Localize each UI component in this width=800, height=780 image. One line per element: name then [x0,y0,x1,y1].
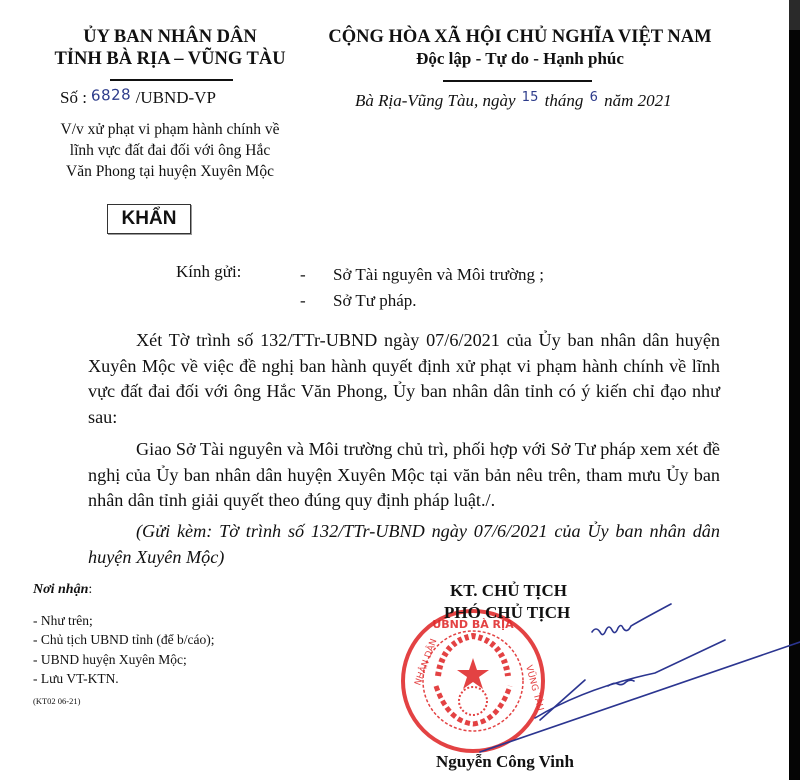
recipient-item: - Chủ tịch UBND tỉnh (để b/cáo); [33,630,214,649]
recipients-title: Nơi nhận: [33,582,92,598]
date-year: năm 2021 [604,91,672,110]
recipients-list: - Như trên; - Chủ tịch UBND tỉnh (để b/c… [33,611,214,688]
date-month-label: tháng [545,91,584,110]
addressee-item: -Sở Tài nguyên và Môi trường ; [300,262,544,288]
subject-line: lĩnh vực đất đai đối với ông Hắc [40,140,300,161]
addressee-label: Kính gửi: [176,262,241,282]
agency-line-2: TỈNH BÀ RỊA – VŨNG TÀU [40,48,300,70]
date-day-handwritten: 15 [522,90,539,105]
attachment-note: (Gửi kèm: Tờ trình số 132/TTr-UBND ngày … [88,519,720,570]
signer-name: Nguyễn Công Vinh [436,752,574,772]
document-code: (KT02 06-21) [33,696,80,706]
agency-divider [110,79,233,81]
doc-number-suffix: /UBND-VP [136,88,216,107]
issuing-agency: ỦY BAN NHÂN DÂN TỈNH BÀ RỊA – VŨNG TÀU [40,26,300,70]
date-place: Bà Rịa-Vũng Tàu, ngày [355,91,516,110]
dateline: Bà Rịa-Vũng Tàu, ngày 15 tháng 6 năm 202… [355,91,672,111]
agency-line-1: ỦY BAN NHÂN DÂN [40,26,300,48]
addressee-list: -Sở Tài nguyên và Môi trường ; -Sở Tư ph… [300,262,544,314]
recipient-item: - Như trên; [33,611,214,630]
doc-number-handwritten: 6828 [91,85,132,104]
recipient-item: - UBND huyện Xuyên Mộc; [33,650,214,669]
subject-line: V/v xử phạt vi phạm hành chính về [40,119,300,140]
addressee-item: -Sở Tư pháp. [300,288,544,314]
motto-divider [443,80,592,82]
body-paragraph-1: Xét Tờ trình số 132/TTr-UBND ngày 07/6/2… [88,328,720,430]
urgent-badge: KHẨN [107,204,191,234]
document-subject: V/v xử phạt vi phạm hành chính về lĩnh v… [40,119,300,182]
body-paragraph-2: Giao Sở Tài nguyên và Môi trường chủ trì… [88,437,720,514]
national-motto: Độc lập - Tự do - Hạnh phúc [300,48,740,70]
recipient-item: - Lưu VT-KTN. [33,669,214,688]
subject-line: Văn Phong tại huyện Xuyên Mộc [40,161,300,182]
national-title: CỘNG HÒA XÃ HỘI CHỦ NGHĨA VIỆT NAM [300,26,740,48]
document-number: Số : 6828 /UBND-VP [60,88,216,108]
doc-number-prefix: Số : [60,88,87,107]
date-month-handwritten: 6 [590,90,598,105]
